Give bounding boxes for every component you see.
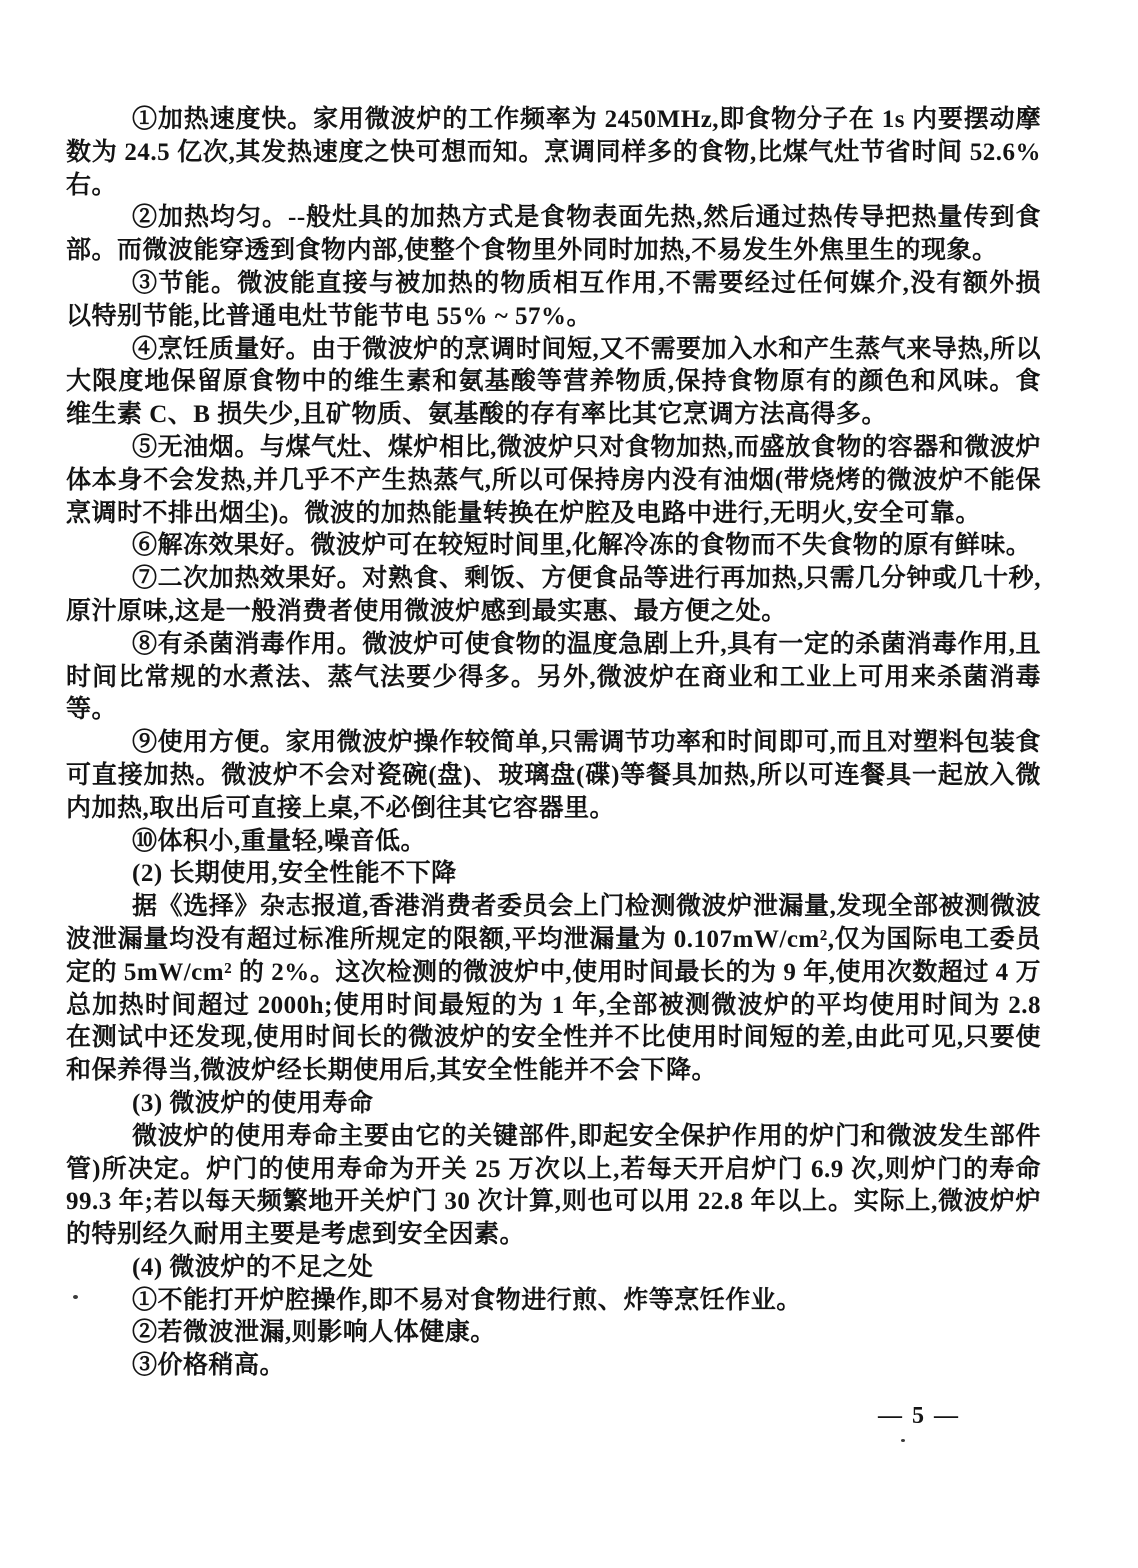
text-line: 体本身不会发热,并几乎不产生热蒸气,所以可保持房内没有油烟(带烧烤的微波炉不能保… [66,465,1041,498]
text-line: ①加热速度快。家用微波炉的工作频率为 2450MHz,即食物分子在 1s 内要摆… [66,104,1041,137]
text-line: 以特别节能,比普通电灶节能节电 55% ~ 57%。 [66,301,1041,334]
text-line: 数为 24.5 亿次,其发热速度之快可想而知。烹调同样多的食物,比煤气灶节省时间… [66,137,1041,170]
text-line: 部。而微波能穿透到食物内部,使整个食物里外同时加热,不易发生外焦里生的现象。 [66,235,1041,268]
text-line: ②若微波泄漏,则影响人体健康。 [66,1317,1041,1350]
text-line: ⑨使用方便。家用微波炉操作较简单,只需调节功率和时间即可,而且对塑料包装食品也 [66,727,1041,760]
text-line: 99.3 年;若以每天频繁地开关炉门 30 次计算,则也可以用 22.8 年以上… [66,1186,1041,1219]
section-heading: (3) 微波炉的使用寿命 [66,1088,1041,1121]
text-line: ③价格稍高。 [66,1350,1041,1383]
text-line: 微波炉的使用寿命主要由它的关键部件,即起安全保护作用的炉门和微波发生部件(磁控 [66,1121,1041,1154]
text-line: 内加热,取出后可直接上桌,不必倒往其它容器里。 [66,793,1041,826]
text-line: ⑧有杀菌消毒作用。微波炉可使食物的温度急剧上升,具有一定的杀菌消毒作用,且消毒 [66,629,1041,662]
scan-artifact-dot [901,1439,905,1442]
text-line: 原汁原味,这是一般消费者使用微波炉感到最实惠、最方便之处。 [66,596,1041,629]
text-line: 大限度地保留原食物中的维生素和氨基酸等营养物质,保持食物原有的颜色和风味。食物中 [66,366,1041,399]
text-line: ⑥解冻效果好。微波炉可在较短时间里,化解冷冻的食物而不失食物的原有鲜味。 [66,530,1041,563]
section-heading: (2) 长期使用,安全性能不下降 [66,858,1041,891]
text-line: ⑩体积小,重量轻,噪音低。 [66,826,1041,859]
text-line: ⑤无油烟。与煤气灶、煤炉相比,微波炉只对食物加热,而盛放食物的容器和微波炉的机 [66,432,1041,465]
text-line: 波泄漏量均没有超过标准所规定的限额,平均泄漏量为 0.107mW/cm²,仅为国… [66,924,1041,957]
scanned-document-page: ①加热速度快。家用微波炉的工作频率为 2450MHz,即食物分子在 1s 内要摆… [0,0,1138,1568]
page-text: ①加热速度快。家用微波炉的工作频率为 2450MHz,即食物分子在 1s 内要摆… [66,104,1041,1383]
scan-artifact-dot [939,567,946,570]
page-number: — 5 — [878,1403,960,1430]
text-line: 管)所决定。炉门的使用寿命为开关 25 万次以上,若每天开启炉门 6.9 次,则… [66,1154,1041,1187]
text-line: 和保养得当,微波炉经长期使用后,其安全性能并不会下降。 [66,1055,1041,1088]
text-line: 烹调时不排出烟尘)。微波的加热能量转换在炉腔及电路中进行,无明火,安全可靠。 [66,498,1041,531]
text-line: 时间比常规的水煮法、蒸气法要少得多。另外,微波炉在商业和工业上可用来杀菌消毒和干… [66,662,1041,695]
text-line: 右。 [66,170,1041,203]
text-line: ④烹饪质量好。由于微波炉的烹调时间短,又不需要加入水和产生蒸气来导热,所以能最 [66,334,1041,367]
text-line: 在测试中还发现,使用时间长的微波炉的安全性并不比使用时间短的差,由此可见,只要使… [66,1022,1041,1055]
text-line: ①不能打开炉腔操作,即不易对食物进行煎、炸等烹饪作业。 [66,1285,1041,1318]
text-line: 定的 5mW/cm² 的 2%。这次检测的微波炉中,使用时间最长的为 9 年,使… [66,957,1041,990]
text-line: ⑦二次加热效果好。对熟食、剩饭、方便食品等进行再加热,只需几分钟或几十秒,且保持 [66,563,1041,596]
text-line: 可直接加热。微波炉不会对瓷碗(盘)、玻璃盘(碟)等餐具加热,所以可连餐具一起放入… [66,760,1041,793]
section-heading: (4) 微波炉的不足之处 [66,1252,1041,1285]
text-line: 的特别经久耐用主要是考虑到安全因素。 [66,1219,1041,1252]
text-line: 据《选择》杂志报道,香港消费者委员会上门检测微波炉泄漏量,发现全部被测微波炉的微 [66,891,1041,924]
text-line: ③节能。微波能直接与被加热的物质相互作用,不需要经过任何媒介,没有额外损耗,所 [66,268,1041,301]
text-line: ②加热均匀。--般灶具的加热方式是食物表面先热,然后通过热传导把热量传到食物内 [66,202,1041,235]
text-line: 总加热时间超过 2000h;使用时间最短的为 1 年,全部被测微波炉的平均使用时… [66,990,1041,1023]
text-line: 维生素 C、B 损失少,且矿物质、氨基酸的存有率比其它烹调方法高得多。 [66,399,1041,432]
scan-artifact-dot [73,1295,78,1299]
text-line: 等。 [66,694,1041,727]
